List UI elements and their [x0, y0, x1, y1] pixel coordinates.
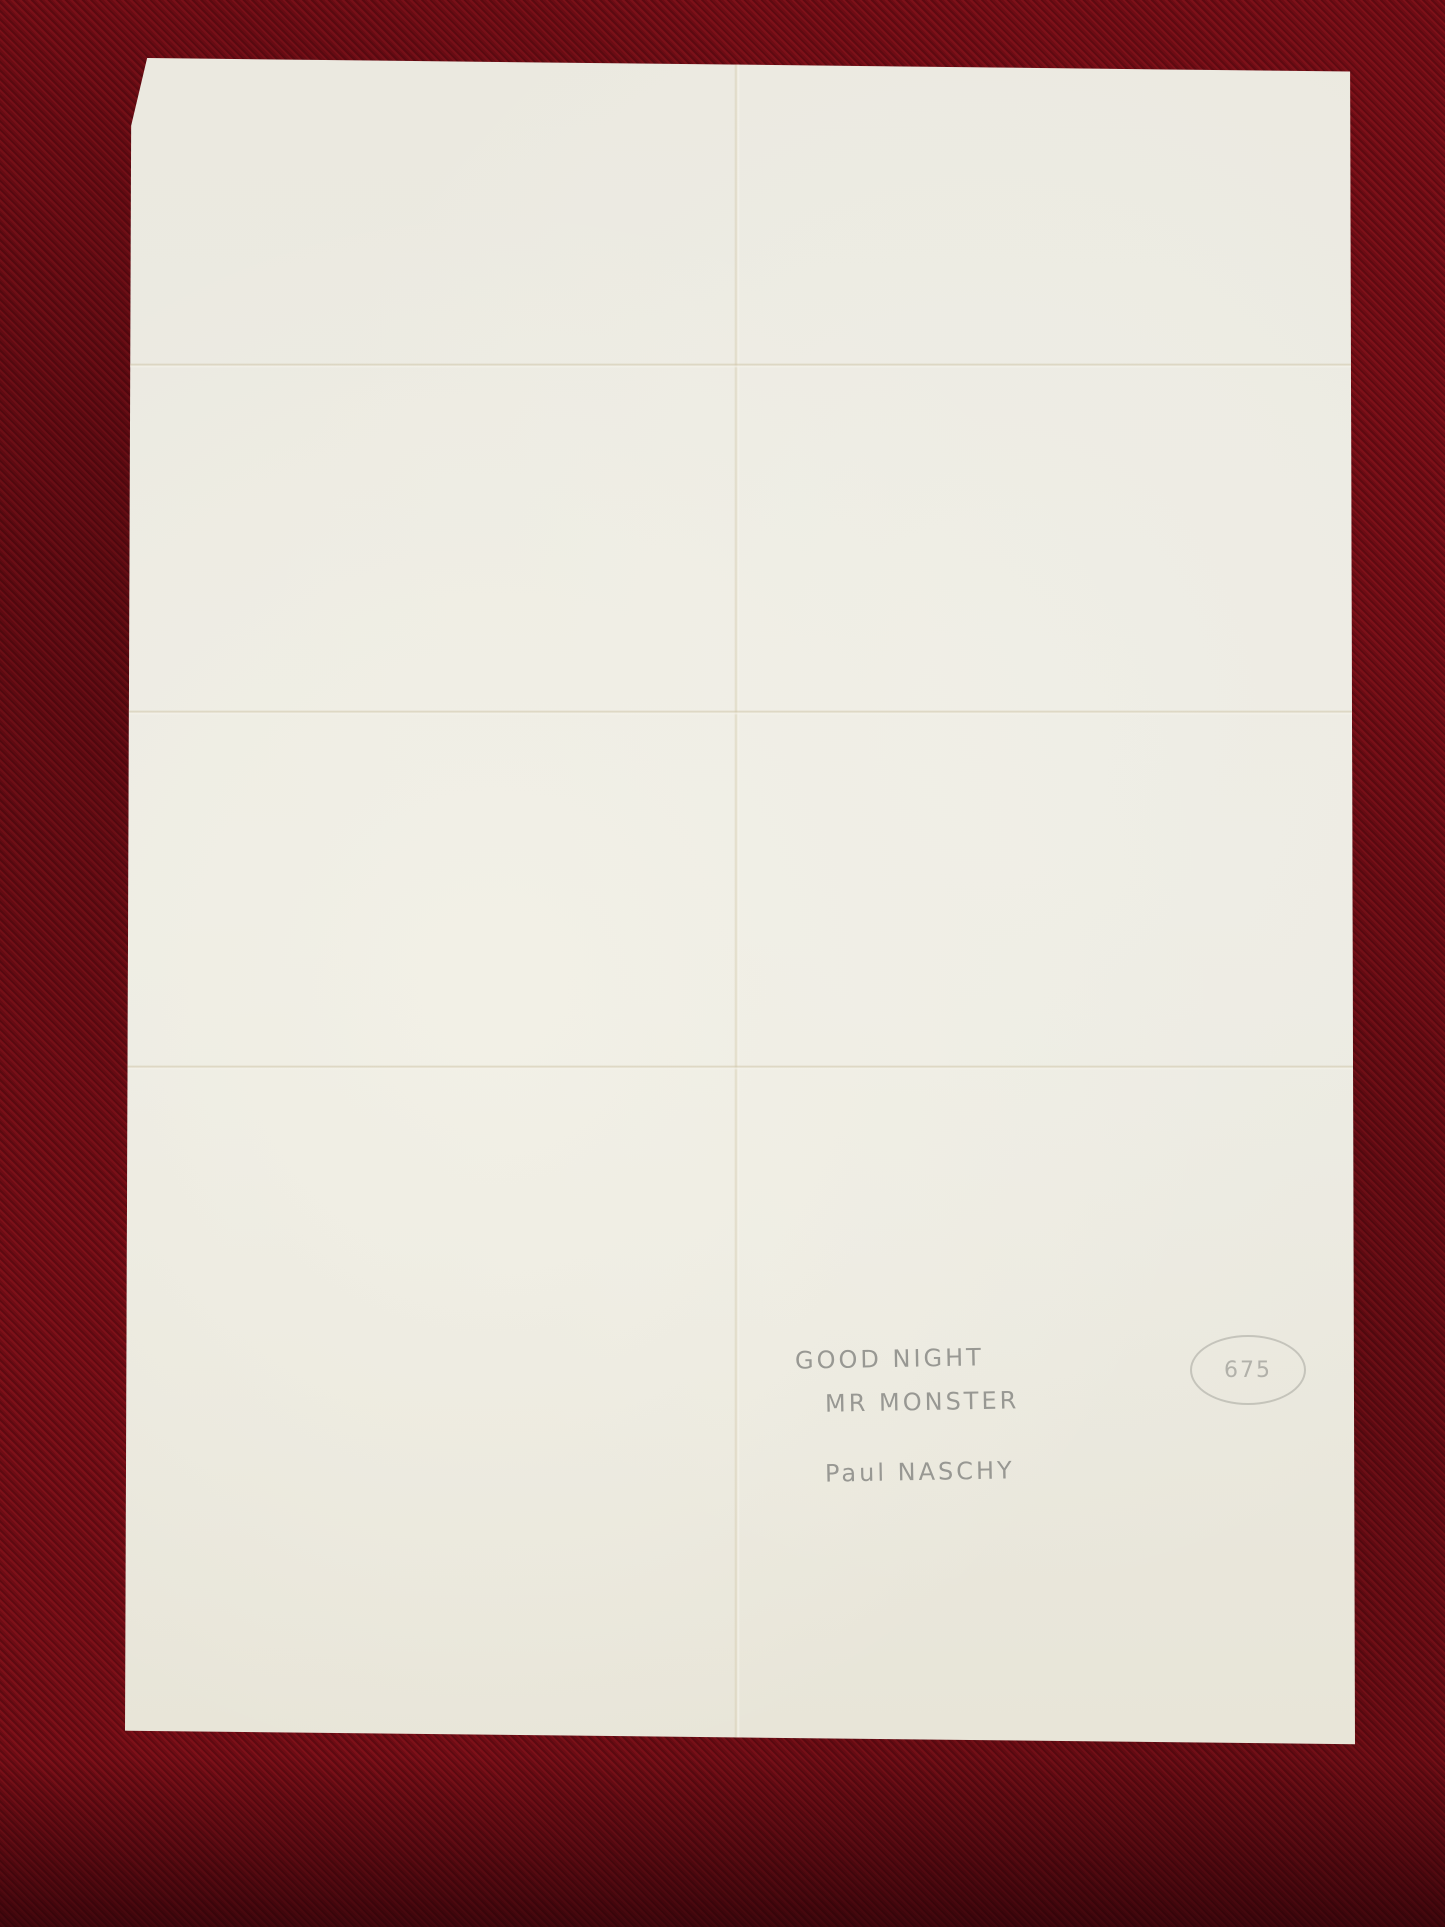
- horizontal-fold-line: [125, 363, 1355, 368]
- horizontal-fold-line: [125, 1065, 1355, 1070]
- red-felt-background: [0, 1757, 1445, 1927]
- handwritten-title-line-2: MR MONSTER: [825, 1386, 1020, 1417]
- handwritten-title-line-1: GOOD NIGHT: [795, 1343, 984, 1374]
- handwritten-actor-name: Paul NASCHY: [825, 1456, 1015, 1487]
- circled-inventory-number: 675: [1190, 1335, 1306, 1405]
- horizontal-fold-line: [125, 710, 1355, 715]
- inventory-number: 675: [1224, 1358, 1272, 1383]
- poster-back: [125, 58, 1355, 1751]
- vertical-fold-line: [734, 58, 740, 1751]
